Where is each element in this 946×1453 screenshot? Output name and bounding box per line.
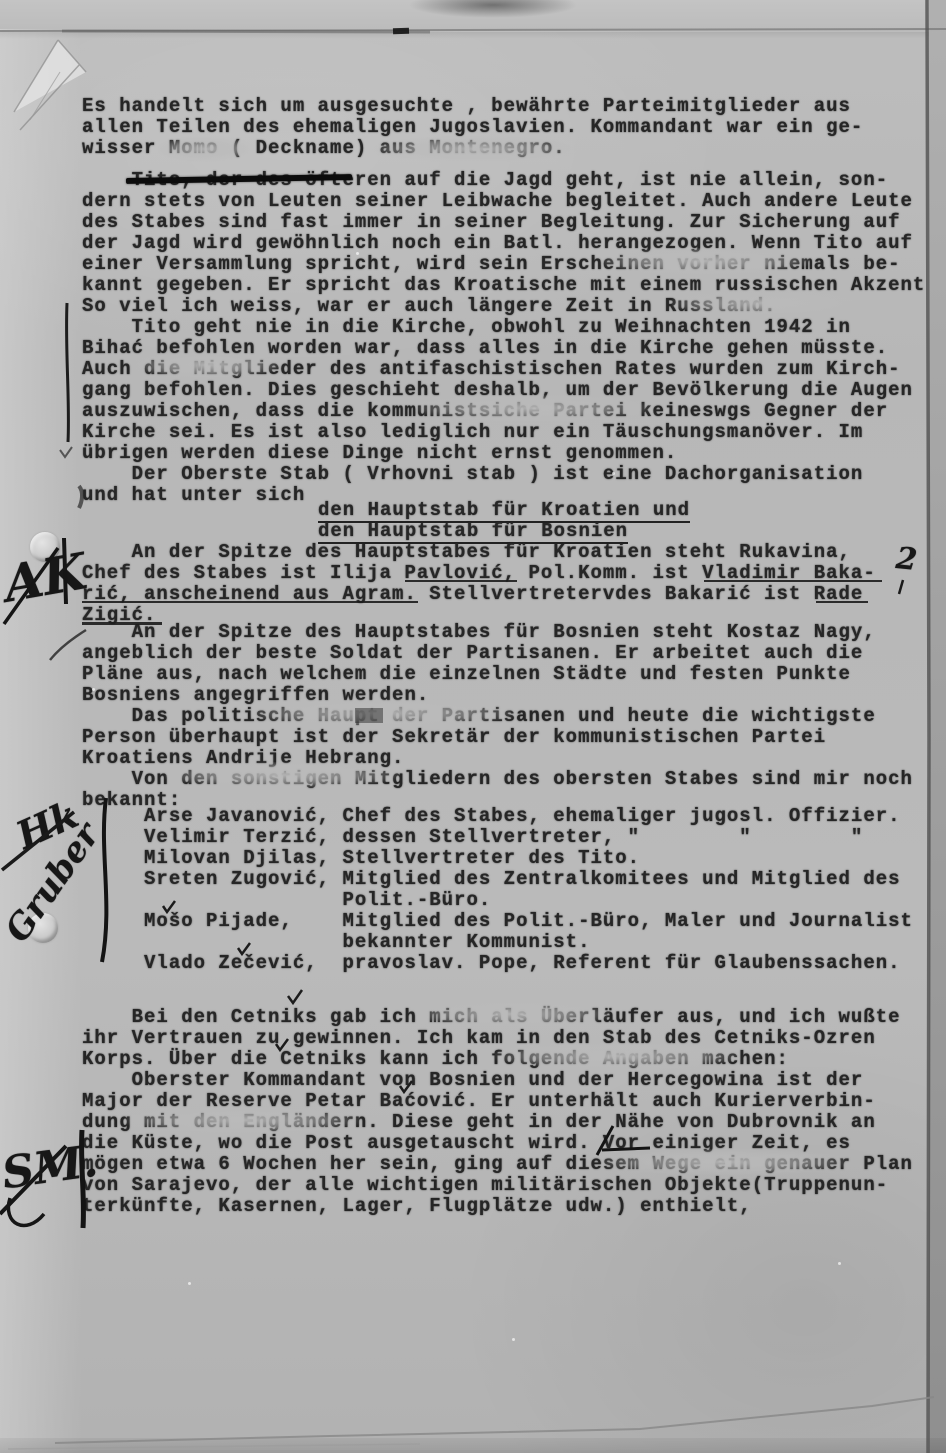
scan-bottom-strip xyxy=(0,1438,946,1453)
typed-text-block: Es handelt sich um ausgesuchte , bewährt… xyxy=(82,96,938,1217)
paper-speck xyxy=(512,1338,515,1341)
paragraph-bacovic: Oberster Kommandant von Bosnien und der … xyxy=(82,1070,938,1217)
paragraph-kroatien-stab: An der Spitze des Hauptstabes für Kroati… xyxy=(82,542,938,626)
underline-ric-agram xyxy=(82,601,418,603)
paragraph-kirche: Tito geht nie in die Kirche, obwohl zu W… xyxy=(82,317,938,464)
paper-speck xyxy=(188,1282,191,1285)
top-crease-shadow xyxy=(0,32,946,39)
paragraph-politisches-haupt: Das politische Haupt der Partisanen und … xyxy=(82,706,938,769)
heading-bosnien: den Hauptstab für Bosnien xyxy=(82,521,938,542)
underline-vladimir-baka xyxy=(704,580,882,582)
handwritten-margin-numeral: 2 xyxy=(894,541,918,578)
paper-speck xyxy=(838,1262,841,1265)
underline-rade xyxy=(816,601,868,603)
scanned-document-page: Es handelt sich um ausgesuchte , bewährt… xyxy=(0,0,946,1453)
paragraph-cetniks: Bei den Cetniks gab ich mich als Überläu… xyxy=(82,1007,938,1070)
paper-speck xyxy=(356,252,359,255)
top-crease-line xyxy=(0,29,946,31)
scan-left-edge-band xyxy=(0,0,82,1453)
paragraph-intro: Es handelt sich um ausgesuchte , bewährt… xyxy=(82,96,938,159)
underline-pavlovic xyxy=(405,580,517,582)
underline-zigic xyxy=(82,622,162,625)
paragraph-bosnien-stab: An der Spitze des Hauptstabes für Bosnie… xyxy=(82,622,938,706)
paper-speck xyxy=(92,688,95,691)
paragraph-tito-jagd: Tito, der des öfteren auf die Jagd geht,… xyxy=(82,170,938,317)
staff-member-list: Arse Javanović, Chef des Stabes, ehemali… xyxy=(82,806,938,974)
bottom-crease-line xyxy=(55,1397,934,1443)
paper-speck xyxy=(612,472,615,475)
